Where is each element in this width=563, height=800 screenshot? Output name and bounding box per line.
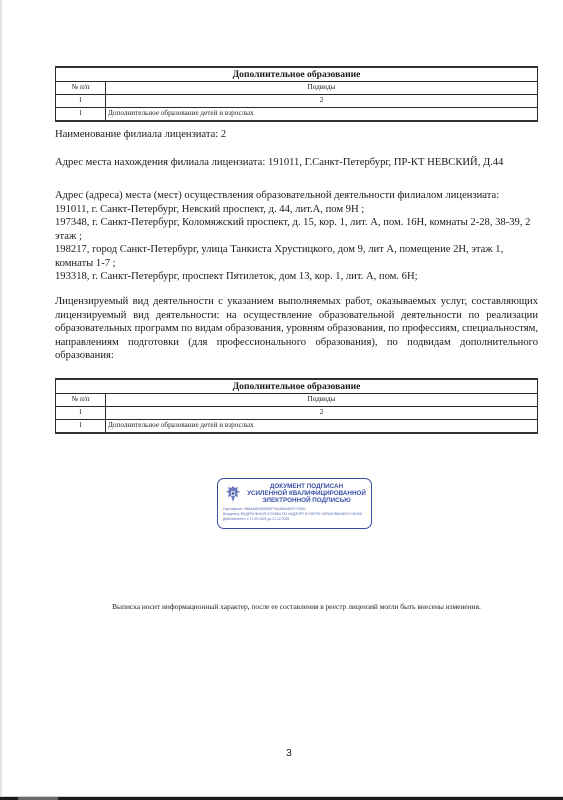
activity-addresses: Адрес (адреса) места (мест) осуществлени… (55, 189, 538, 284)
stamp-title-line: ЭЛЕКТРОННОЙ ПОДПИСЬЮ (244, 497, 369, 504)
table-title: Дополнительное образование (56, 67, 538, 82)
stamp-details: Сертификат: 0B6AA6E4E6E80F7AA2B6A6EE7760… (223, 507, 362, 522)
table-title: Дополнительное образование (56, 379, 538, 394)
activity-addresses-heading: Адрес (адреса) места (мест) осуществлени… (55, 189, 538, 203)
row-number: 1 (56, 420, 106, 434)
stamp-validity: Действителен: с 27.09.2024 до 21.12.2025 (223, 517, 362, 522)
activity-address-item: 197348, г. Санкт-Петербург, Коломяжский … (55, 216, 538, 243)
electronic-signature-stamp: ДОКУМЕНТ ПОДПИСАН УСИЛЕННОЙ КВАЛИФИЦИРОВ… (217, 478, 372, 529)
column-header-number: № п/п (56, 394, 106, 407)
coat-of-arms-icon (224, 485, 242, 503)
branch-name: Наименование филиала лицензиата: 2 (55, 128, 538, 142)
page-number: 3 (286, 747, 292, 759)
column-header-subtypes: Подвиды (106, 82, 538, 95)
table-row: 1 Дополнительное образование детей и взр… (56, 420, 538, 434)
column-header-subtypes: Подвиды (106, 394, 538, 407)
activity-address-item: 193318, г. Санкт-Петербург, проспект Пят… (55, 270, 538, 284)
licensed-activity-description: Лицензируемый вид деятельности с указани… (55, 295, 538, 363)
row-subtype: Дополнительное образование детей и взрос… (106, 108, 538, 122)
row-subtype: Дополнительное образование детей и взрос… (106, 420, 538, 434)
row-number: 1 (56, 108, 106, 122)
viewer-scrollbar[interactable] (0, 796, 563, 800)
column-index-2: 2 (106, 95, 538, 108)
column-index-2: 2 (106, 407, 538, 420)
subtypes-table-2: Дополнительное образование № п/п Подвиды… (55, 378, 538, 434)
stamp-title: ДОКУМЕНТ ПОДПИСАН УСИЛЕННОЙ КВАЛИФИЦИРОВ… (244, 483, 369, 505)
table-row: 1 Дополнительное образование детей и взр… (56, 108, 538, 122)
activity-address-item: 191011, г. Санкт-Петербург, Невский прос… (55, 203, 538, 217)
footer-disclaimer: Выписка носит информационный характер, п… (60, 602, 533, 611)
column-index-1: 1 (56, 407, 106, 420)
column-header-number: № п/п (56, 82, 106, 95)
subtypes-table-1: Дополнительное образование № п/п Подвиды… (55, 66, 538, 122)
branch-address: Адрес места нахождения филиала лицензиат… (55, 156, 538, 170)
page-left-edge (0, 0, 2, 797)
column-index-1: 1 (56, 95, 106, 108)
activity-address-item: 198217, город Санкт-Петербург, улица Тан… (55, 243, 538, 270)
